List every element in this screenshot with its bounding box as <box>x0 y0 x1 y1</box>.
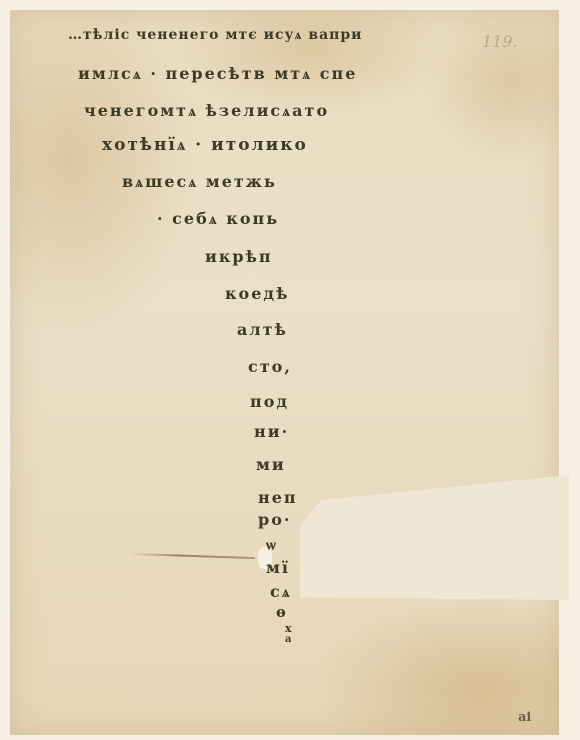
text-line-7: икрѣп <box>205 247 273 266</box>
text-line-11: под <box>250 392 289 411</box>
text-line-21: а <box>285 634 293 645</box>
text-line-17: мї <box>266 558 290 577</box>
text-line-8: коедѣ <box>225 284 289 303</box>
paper-repair-patch <box>300 475 569 600</box>
folio-number: 119. <box>482 32 518 51</box>
text-line-12: ни· <box>254 422 289 441</box>
text-line-14: неп <box>258 488 298 507</box>
text-line-3: ченегомтѧ ѣзелисѧато <box>84 101 329 121</box>
text-line-13: ми <box>256 455 286 474</box>
signature-mark: аі <box>518 710 531 725</box>
text-line-10: сто, <box>248 357 292 376</box>
paper-crack <box>130 553 255 559</box>
text-line-5: вѧшесѧ метжь <box>122 172 277 192</box>
text-line-15: ро· <box>258 510 291 529</box>
text-line-4: хотѣнїѧ · итолико <box>102 135 308 155</box>
text-line-18: сѧ <box>270 582 292 602</box>
text-line-19: ѳ <box>276 603 288 621</box>
text-line-9: алтѣ <box>237 320 288 339</box>
text-line-1: …тѣліс чененего мтє исуѧ вапри <box>68 27 363 44</box>
text-line-2: имлсѧ · пересѣтв мтѧ спе <box>78 64 357 84</box>
text-line-16: ѡ <box>266 535 278 555</box>
text-line-6: · себѧ копь <box>157 209 279 229</box>
